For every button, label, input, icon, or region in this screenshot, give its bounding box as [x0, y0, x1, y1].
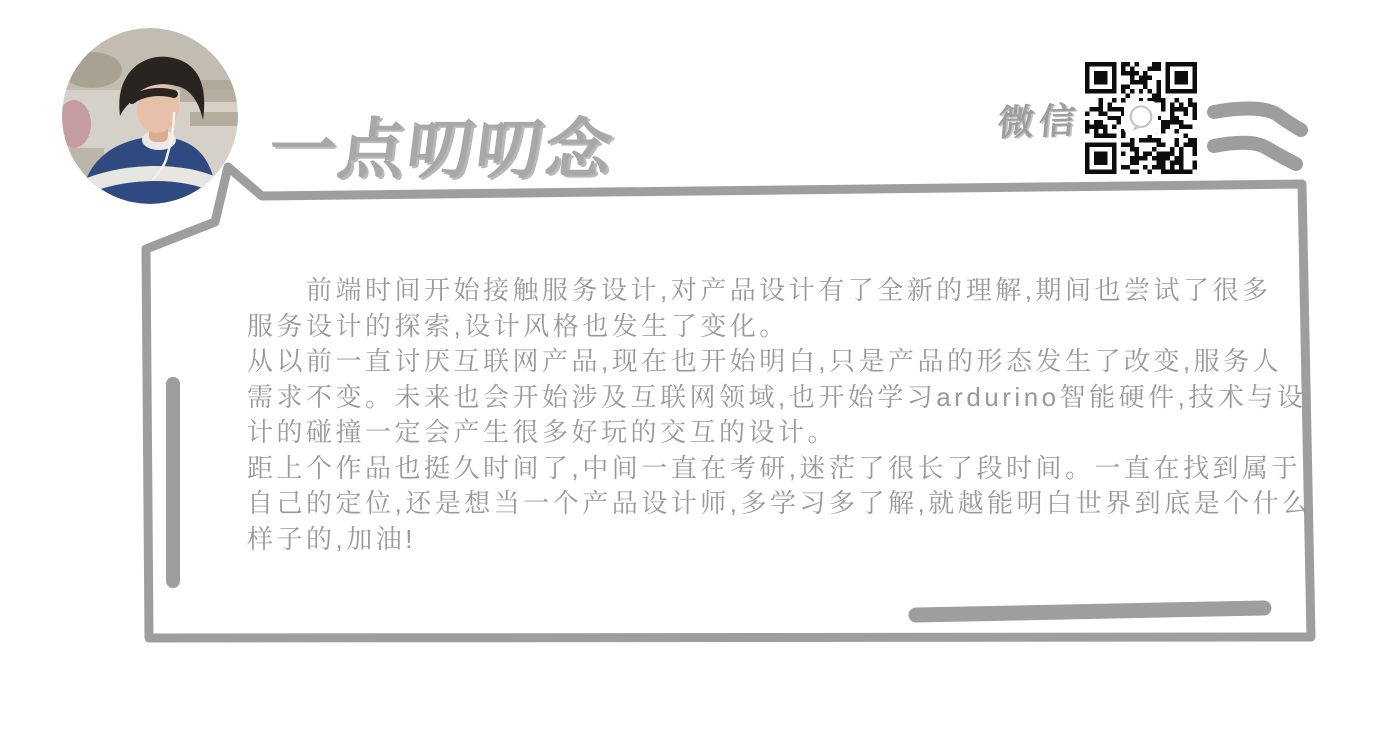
squiggle-marks-icon [1214, 143, 1296, 164]
paragraph-line: 计的碰撞一定会产生很多好玩的交互的设计。 [247, 415, 1277, 451]
author-photo-icon [62, 28, 238, 204]
paragraph-line: 需求不变。未来也会开始涉及互联网领域,也开始学习ardurino智能硬件,技术与… [247, 380, 1277, 416]
paragraph-line: 样子的,加油! [247, 522, 1277, 558]
page-root: { "colors": { "frame-gray": "#9e9e9e", "… [0, 0, 1400, 752]
paragraph-line: 前端时间开始接触服务设计,对产品设计有了全新的理解,期间也尝试了很多 [247, 273, 1277, 309]
wechat-label: 微信 [996, 93, 1083, 147]
author-avatar [62, 28, 238, 204]
decor-horizontal-bar [916, 608, 1264, 615]
squiggle-marks-icon [1214, 108, 1301, 130]
paragraph-line: 服务设计的探索,设计风格也发生了变化。 [247, 309, 1277, 345]
paragraph-line: 自己的定位,还是想当一个产品设计师,多学习多了解,就越能明白世界到底是个什么 [247, 486, 1277, 522]
bubble-paragraph: 前端时间开始接触服务设计,对产品设计有了全新的理解,期间也尝试了很多 服务设计的… [247, 273, 1277, 557]
paragraph-line: 从以前一直讨厌互联网产品,现在也开始明白,只是产品的形态发生了改变,服务人 [247, 344, 1277, 380]
wechat-qr-code [1085, 62, 1197, 174]
page-title: 一点叨叨念 [264, 96, 621, 191]
qr-code-icon [1085, 62, 1197, 174]
paragraph-line: 距上个作品也挺久时间了,中间一直在考研,迷茫了很长了段时间。一直在找到属于 [247, 451, 1277, 487]
